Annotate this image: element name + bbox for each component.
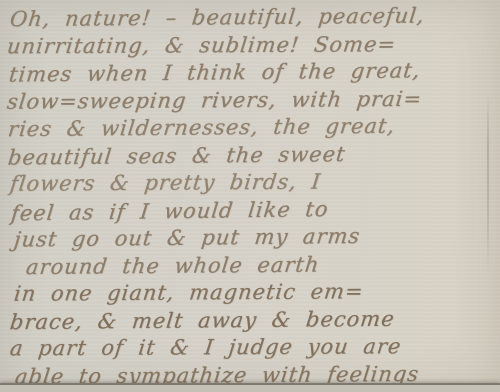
manuscript-line: unirritating, & sublime! Some= [7,30,500,60]
manuscript-line: times when I think of the great, [9,56,500,89]
manuscript-line: in one giant, magnetic em= [14,277,500,308]
manuscript-line: a part of it & I judge you are [10,333,500,363]
letter-page: Oh, nature! – beautiful, peaceful, unirr… [0,0,500,392]
manuscript-line: beautiful seas & the sweet [8,139,500,172]
manuscript-line: brace, & melt away & become [10,304,500,336]
paper-fold-crease [487,92,489,272]
manuscript-line: Oh, nature! – beautiful, peaceful, [10,2,500,34]
manuscript-line: ries & wildernesses, the great, [8,112,500,144]
manuscript-text: Oh, nature! – beautiful, peaceful, unirr… [0,4,500,389]
manuscript-line: slow=sweeping rivers, with prai= [7,85,500,116]
manuscript-line: flowers & pretty birds, I [10,167,500,198]
manuscript-line: just go out & put my arms [14,221,500,254]
manuscript-line: around the whole earth [26,249,500,281]
paper-bottom-edge [0,383,500,392]
